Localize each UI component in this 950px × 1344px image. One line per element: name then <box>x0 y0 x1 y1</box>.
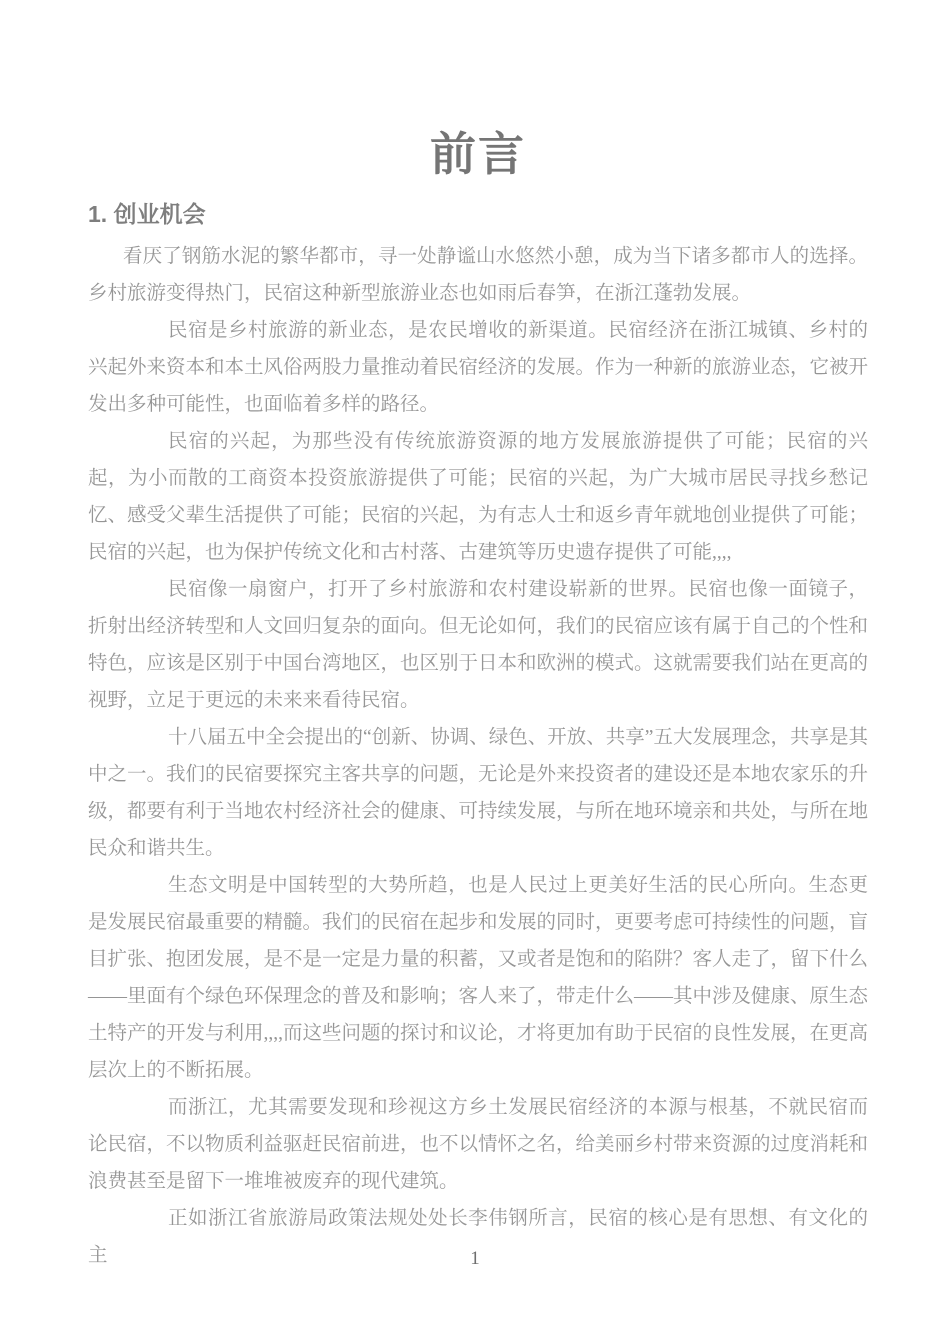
document-title: 前言 <box>88 126 868 184</box>
paragraph-minsu-rise-possibilities: 民宿的兴起，为那些没有传统旅游资源的地方发展旅游提供了可能；民宿的兴起，为小而散… <box>88 423 868 571</box>
paragraph-ecological-civilization: 生态文明是中国转型的大势所趋，也是人民过上更美好生活的民心所向。生态更是发展民宿… <box>88 867 868 1089</box>
document-page: 前言 1. 创业机会 看厌了钢筋水泥的繁华都市，寻一处静谧山水悠然小憩，成为当下… <box>0 0 950 1344</box>
paragraph-window-mirror: 民宿像一扇窗户，打开了乡村旅游和农村建设崭新的世界。民宿也像一面镜子，折射出经济… <box>88 571 868 719</box>
paragraph-five-concepts: 十八届五中全会提出的“创新、协调、绿色、开放、共享”五大发展理念，共享是其中之一… <box>88 719 868 867</box>
paragraph-zhejiang-roots: 而浙江，尤其需要发现和珍视这方乡土发展民宿经济的本源与根基，不就民宿而论民宿，不… <box>88 1089 868 1200</box>
document-body: 看厌了钢筋水泥的繁华都市，寻一处静谧山水悠然小憩，成为当下诸多都市人的选择。乡村… <box>88 238 868 1274</box>
page-number: 1 <box>0 1246 950 1272</box>
paragraph-new-business-form: 民宿是乡村旅游的新业态，是农民增收的新渠道。民宿经济在浙江城镇、乡村的兴起外来资… <box>88 312 868 423</box>
section-heading: 1. 创业机会 <box>88 198 868 230</box>
paragraph-intro: 看厌了钢筋水泥的繁华都市，寻一处静谧山水悠然小憩，成为当下诸多都市人的选择。乡村… <box>88 238 868 312</box>
